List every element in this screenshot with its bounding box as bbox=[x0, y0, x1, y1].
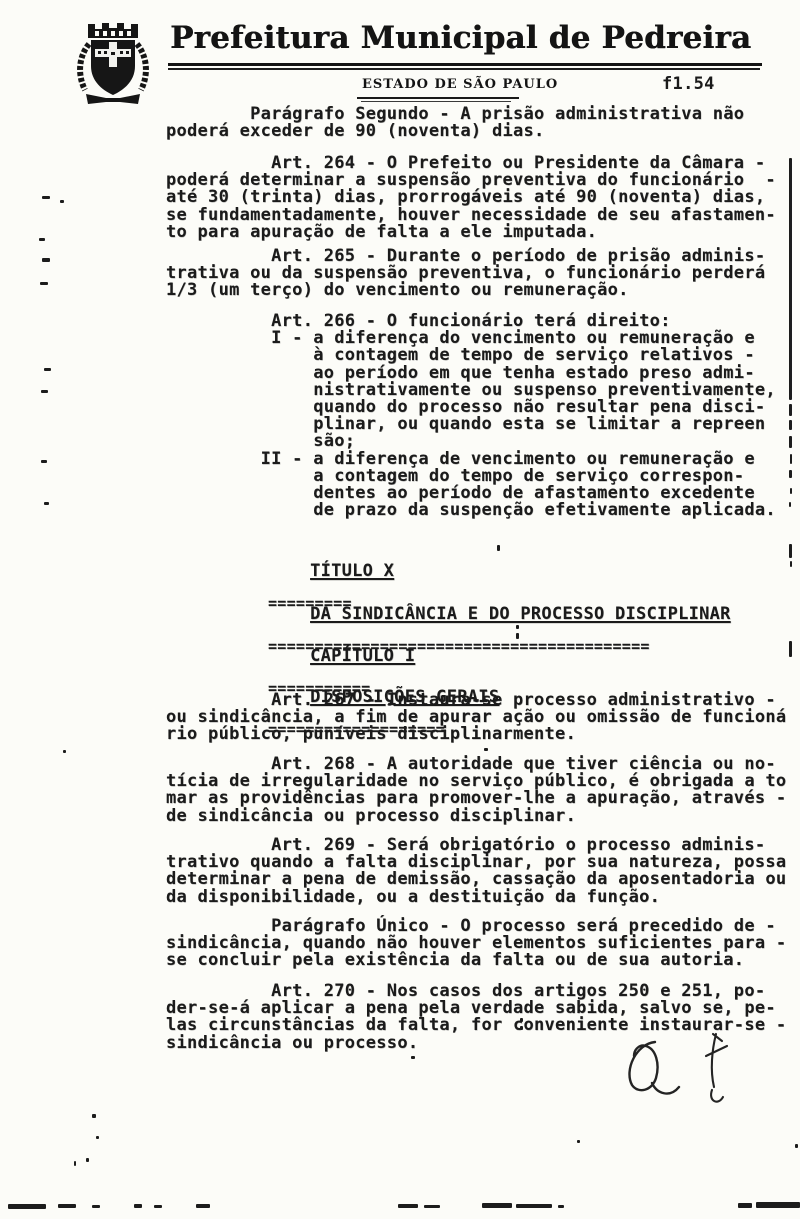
scan-artifact bbox=[558, 1205, 564, 1208]
scan-artifact bbox=[86, 1158, 89, 1162]
scan-artifact bbox=[520, 1026, 523, 1030]
scan-artifact bbox=[516, 633, 519, 639]
scan-artifact bbox=[795, 1144, 798, 1148]
scan-artifact bbox=[44, 368, 51, 371]
scan-artifact bbox=[789, 544, 792, 558]
subtitle-underline-thin bbox=[361, 101, 511, 102]
scan-artifact bbox=[96, 1136, 99, 1139]
scan-artifact bbox=[790, 454, 792, 464]
scan-artifact bbox=[756, 1202, 800, 1208]
scan-artifact bbox=[789, 436, 792, 448]
handwritten-initials bbox=[600, 1028, 800, 1118]
scan-artifact bbox=[789, 502, 791, 507]
scan-artifact bbox=[789, 420, 792, 430]
scan-artifact bbox=[42, 196, 50, 199]
scan-artifact bbox=[790, 561, 792, 567]
paragraph-art-269: Art. 269 - Será obrigatório o processo a… bbox=[166, 837, 786, 906]
scan-artifact bbox=[738, 1203, 752, 1208]
subtitle-underline-thick bbox=[357, 97, 519, 99]
scan-artifact bbox=[8, 1204, 46, 1209]
paragraph-art-265: Art. 265 - Durante o período de prisão a… bbox=[166, 248, 765, 300]
scan-artifact bbox=[92, 1205, 100, 1208]
scanned-document-page: Prefeitura Municipal de Pedreira ESTADO … bbox=[0, 0, 800, 1219]
scan-artifact bbox=[41, 460, 47, 463]
scan-artifact bbox=[789, 404, 792, 416]
scan-artifact bbox=[44, 502, 49, 505]
scan-artifact bbox=[577, 1140, 580, 1143]
paragraph-art-267: Art. 267 - Instaura-se processo administ… bbox=[166, 692, 786, 744]
scan-artifact bbox=[520, 1018, 523, 1022]
header-rule-thick bbox=[168, 63, 762, 66]
scan-artifact bbox=[40, 282, 48, 285]
scan-artifact bbox=[484, 748, 488, 751]
header-rule-thin bbox=[168, 68, 760, 70]
scan-artifact bbox=[482, 1203, 512, 1208]
scan-artifact bbox=[516, 1204, 552, 1208]
scan-artifact bbox=[41, 390, 48, 393]
paragraph-art-266: Art. 266 - O funcionário terá direito: I… bbox=[166, 313, 776, 519]
scan-artifact bbox=[134, 1204, 142, 1208]
scan-artifact bbox=[60, 200, 64, 203]
paragraph-art-268: Art. 268 - A autoridade que tiver ciênci… bbox=[166, 756, 786, 825]
scan-artifact bbox=[92, 1114, 96, 1118]
page-title: Prefeitura Municipal de Pedreira bbox=[170, 20, 770, 56]
paragraph-paragrafo-segundo: Parágrafo Segundo - A prisão administrat… bbox=[166, 106, 744, 140]
heading-label: DA SINDICÂNCIA E DO PROCESSO DISCIPLINAR bbox=[310, 604, 731, 624]
scan-artifact bbox=[74, 1161, 76, 1166]
scan-artifact bbox=[789, 158, 792, 400]
heading-label: TÍTULO X bbox=[310, 561, 394, 581]
paragraph-art-264: Art. 264 - O Prefeito ou Presidente da C… bbox=[166, 155, 776, 241]
scan-artifact bbox=[411, 1056, 415, 1059]
folio-number: f1.54 bbox=[662, 74, 715, 94]
scan-artifact bbox=[42, 258, 50, 262]
scan-artifact bbox=[497, 545, 500, 551]
scan-artifact bbox=[398, 1204, 418, 1208]
header-subtitle: ESTADO DE SÃO PAULO bbox=[362, 77, 558, 92]
scan-artifact bbox=[39, 238, 45, 241]
scan-artifact bbox=[58, 1204, 76, 1208]
scan-artifact bbox=[790, 488, 792, 494]
scan-artifact bbox=[154, 1205, 162, 1208]
scan-artifact bbox=[789, 470, 792, 478]
scan-artifact bbox=[516, 625, 519, 629]
scan-artifact bbox=[196, 1204, 210, 1208]
scan-artifact bbox=[424, 1205, 440, 1208]
municipal-coat-of-arms-icon bbox=[76, 16, 150, 108]
paragraph-paragrafo-unico: Parágrafo Único - O processo será preced… bbox=[166, 918, 786, 970]
scan-artifact bbox=[789, 641, 792, 657]
heading-label: CAPÍTULO I bbox=[310, 646, 415, 666]
scan-artifact bbox=[63, 750, 66, 753]
